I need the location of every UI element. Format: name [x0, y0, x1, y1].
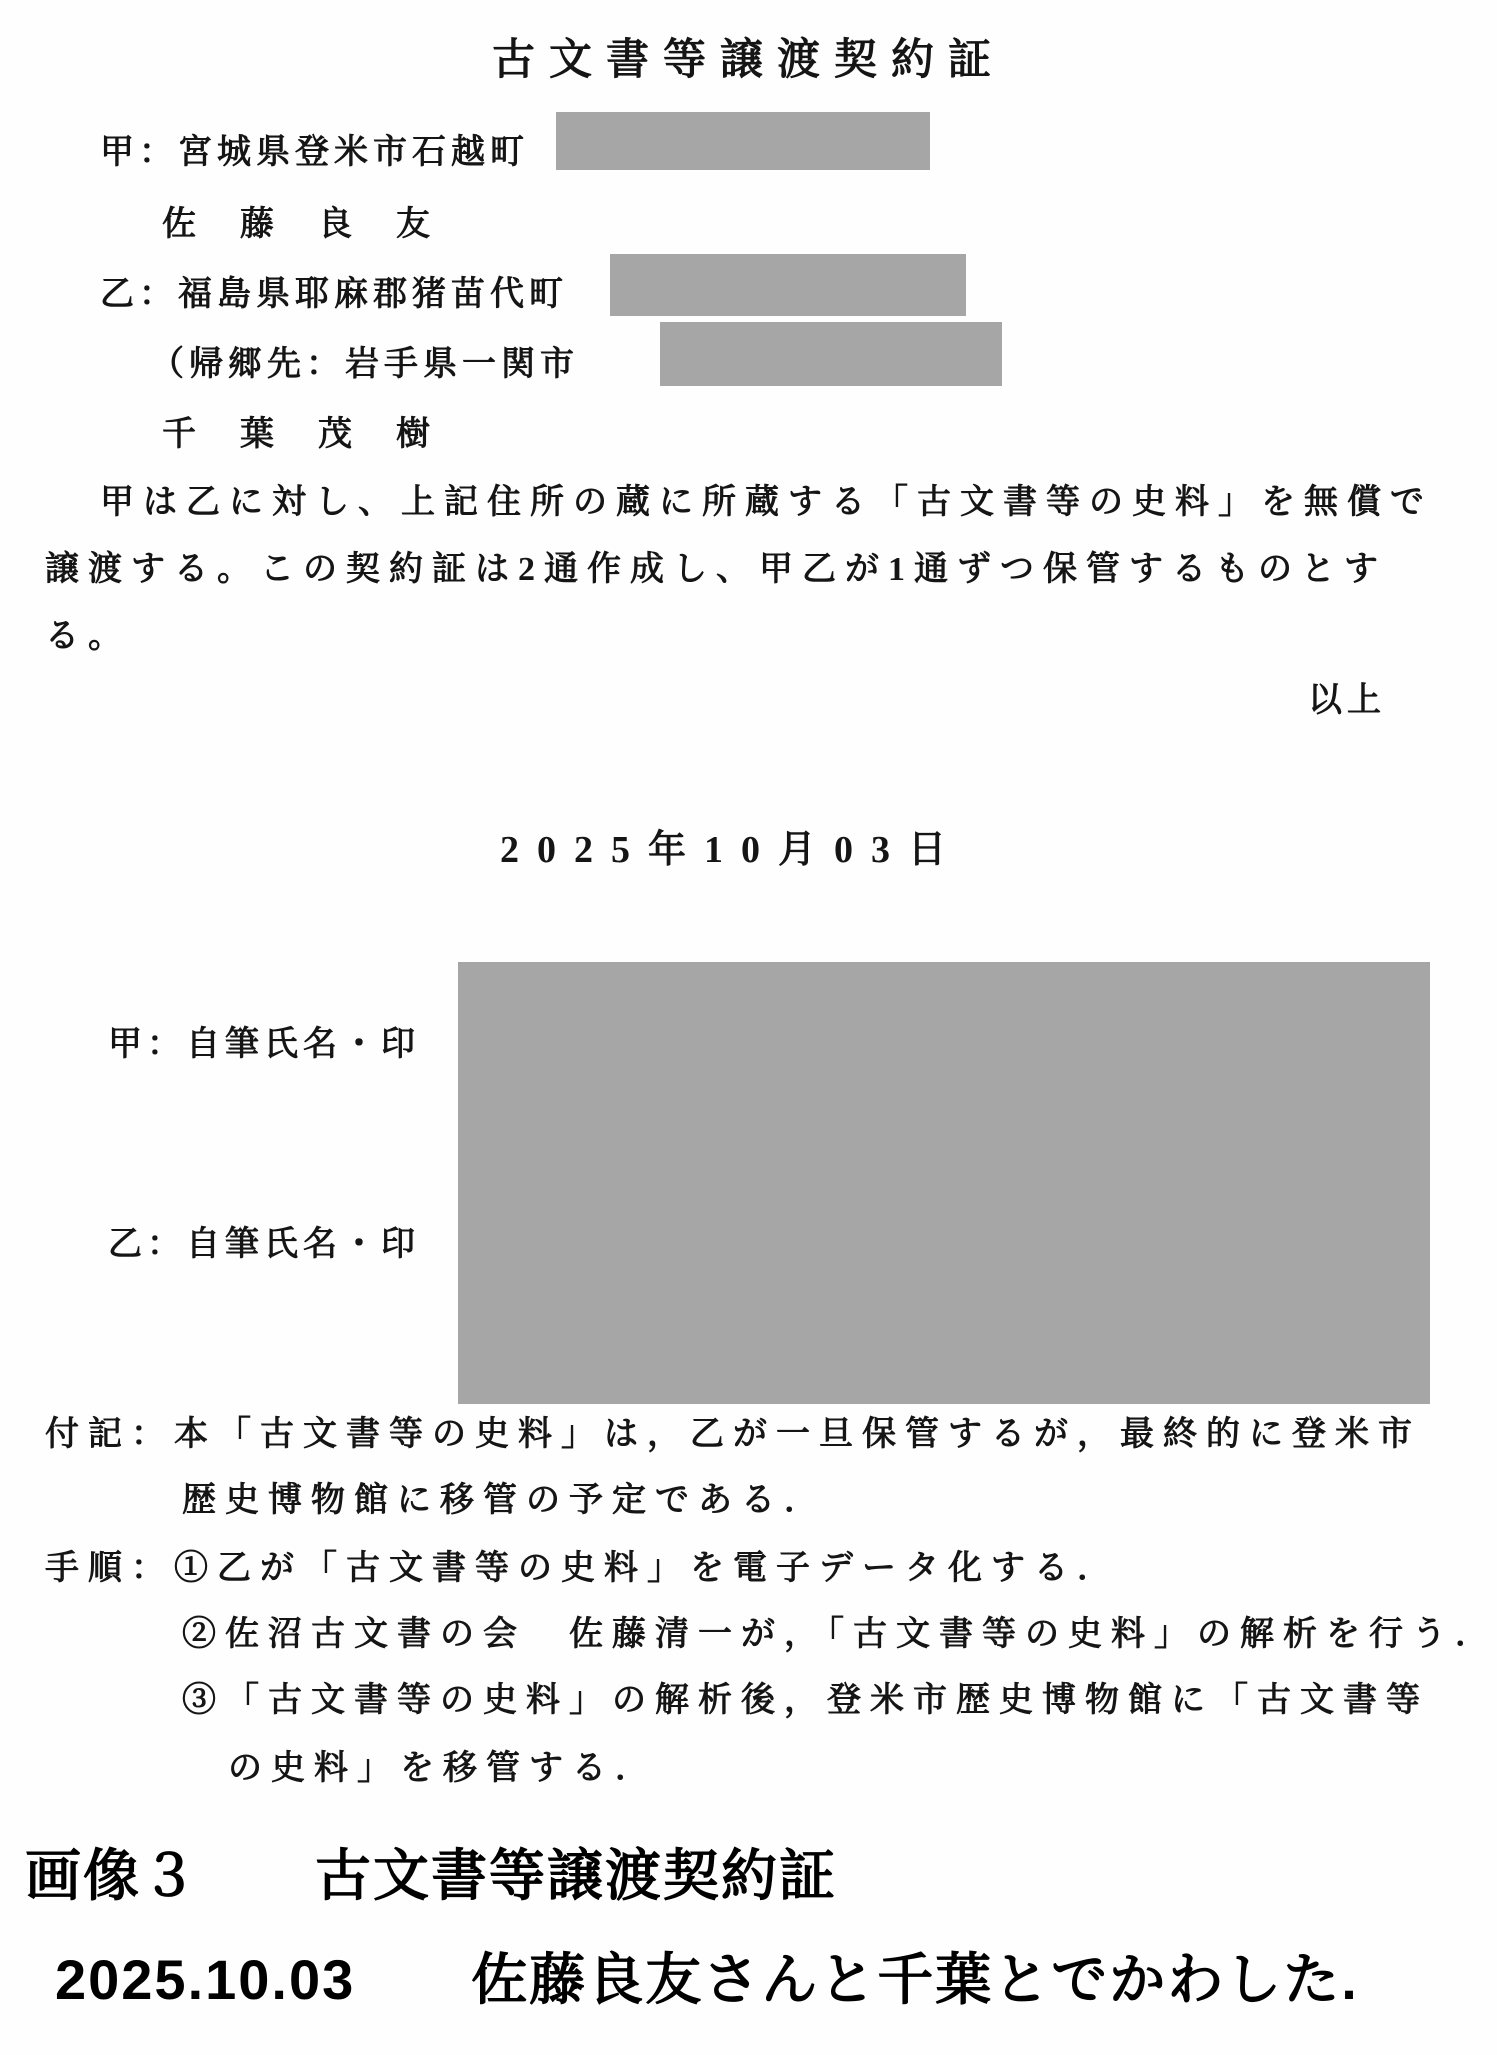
signature-kou-label: 甲：自筆氏名・印	[108, 1016, 420, 1065]
tejun-line-4: の史料」を移管する．	[228, 1740, 658, 1789]
contract-document-page: 古文書等譲渡契約証 甲：宮城県登米市石越町 佐 藤 良 友 乙：福島県耶麻郡猪苗…	[0, 0, 1497, 2055]
redaction-box-otsu-address	[610, 254, 966, 316]
party-otsu-address: 乙：福島県耶麻郡猪苗代町	[100, 266, 568, 315]
tejun-line-2: ②佐沼古文書の会 佐藤清一が，「古文書等の史料」の解析を行う．	[182, 1606, 1497, 1655]
redaction-box-otsu-return-address	[660, 322, 1002, 386]
body-line-2: 譲渡する。この契約証は2通作成し、甲乙が1通ずつ保管するものとす	[45, 541, 1387, 590]
tejun-line-3: ③「古文書等の史料」の解析後，登米市歴史博物館に「古文書等	[182, 1672, 1429, 1721]
party-otsu-name: 千 葉 茂 樹	[162, 406, 435, 455]
body-line-1: 甲は乙に対し、上記住所の蔵に所蔵する「古文書等の史料」を無償で	[100, 474, 1433, 523]
contract-date: 2025年10月03日	[500, 818, 964, 873]
fuki-line-1: 付記：本「古文書等の史料」は，乙が一旦保管するが，最終的に登米市	[45, 1406, 1421, 1455]
party-otsu-return-address: （帰郷先：岩手県一関市	[150, 336, 579, 385]
body-line-3: る。	[45, 608, 131, 657]
redaction-box-signatures	[458, 962, 1430, 1404]
image-caption-title: 画像３ 古文書等譲渡契約証	[25, 1832, 837, 1912]
redaction-box-kou-address	[556, 112, 930, 170]
tejun-line-1: 手順：①乙が「古文書等の史料」を電子データ化する．	[45, 1540, 1120, 1589]
fuki-line-2: 歴史博物館に移管の予定である．	[182, 1472, 827, 1521]
image-caption-date-note: 2025.10.03 佐藤良友さんと千葉とでかわした.	[55, 1936, 1359, 2016]
party-kou-address: 甲：宮城県登米市石越町	[100, 124, 529, 173]
signature-otsu-label: 乙：自筆氏名・印	[108, 1216, 420, 1265]
closing-ijou: 以上	[1308, 672, 1386, 721]
document-title: 古文書等譲渡契約証	[0, 26, 1497, 87]
party-kou-name: 佐 藤 良 友	[162, 196, 435, 245]
